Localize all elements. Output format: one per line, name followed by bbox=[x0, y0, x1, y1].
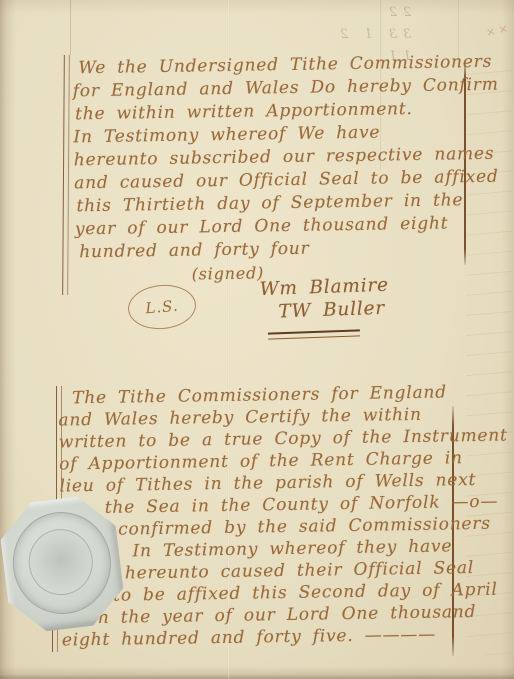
ls-seal-text: L.S. bbox=[145, 297, 180, 318]
certification-paragraph: The Tithe Commissioners for England and … bbox=[58, 380, 511, 651]
manuscript-page: 22 33 1 2 11 × × We the Undersigned Tith… bbox=[0, 0, 514, 679]
bleed-row: 33 1 2 bbox=[334, 24, 411, 46]
bleed-row: 22 bbox=[334, 2, 411, 24]
left-margin-rule-confirmation bbox=[62, 55, 70, 295]
signature-underline-rule bbox=[268, 329, 360, 339]
signature-block: Wm Blamire TW Buller bbox=[251, 274, 390, 325]
paper-fold-crease bbox=[70, 0, 71, 55]
bleed-through-marks: × × bbox=[485, 22, 509, 39]
confirmation-paragraph: We the Undersigned Tithe Commissioners f… bbox=[72, 51, 502, 288]
ls-seal-oval: L.S. bbox=[126, 282, 198, 332]
signature-buller: TW Buller bbox=[278, 297, 390, 324]
